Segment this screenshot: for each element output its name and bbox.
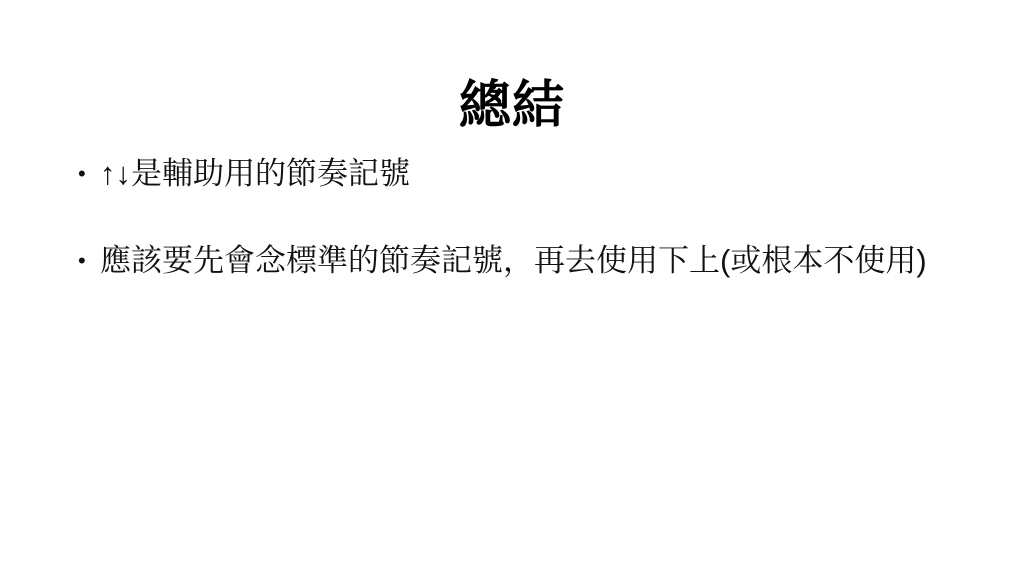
presentation-slide: 總結 • ↑↓是輔助用的節奏記號 • 應該要先會念標準的節奏記號，再去使用下上(… (0, 0, 1024, 576)
bullet-text: 應該要先會念標準的節奏記號，再去使用下上(或根本不使用) (100, 237, 927, 285)
bullet-text: ↑↓是輔助用的節奏記號 (100, 150, 410, 198)
bullet-icon: • (78, 237, 100, 285)
slide-title: 總結 (0, 77, 1024, 137)
bullet-list: • ↑↓是輔助用的節奏記號 • 應該要先會念標準的節奏記號，再去使用下上(或根本… (78, 150, 984, 324)
bullet-icon: • (78, 150, 100, 198)
list-item: • 應該要先會念標準的節奏記號，再去使用下上(或根本不使用) (78, 237, 984, 285)
list-item: • ↑↓是輔助用的節奏記號 (78, 150, 984, 198)
